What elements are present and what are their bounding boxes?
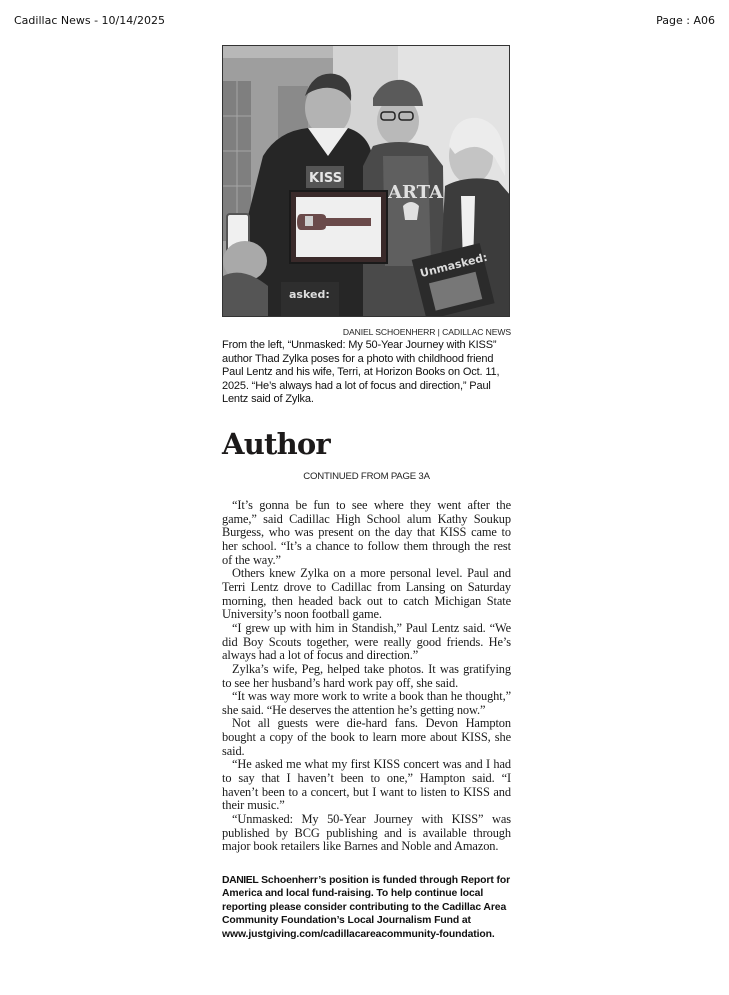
- photo-credit: DANIEL SCHOENHERR | CADILLAC NEWS: [222, 327, 511, 338]
- article-paragraph: “Unmasked: My 50-Year Journey with KISS”…: [222, 813, 511, 854]
- reporter-name-lead: DANIEL: [222, 875, 258, 886]
- page-number: Page : A06: [656, 14, 715, 27]
- article-headline: Author: [222, 427, 511, 461]
- svg-text:ARTA: ARTA: [387, 182, 444, 203]
- article-paragraph: Zylka’s wife, Peg, helped take photos. I…: [222, 663, 511, 690]
- page-header: Cadillac News - 10/14/2025 Page : A06: [0, 14, 729, 30]
- article-photo: KISS ARTA Unmasked:: [222, 45, 510, 317]
- svg-text:asked:: asked:: [289, 288, 330, 301]
- article-paragraph: “He asked me what my first KISS concert …: [222, 758, 511, 813]
- article-paragraph: “I grew up with him in Standish,” Paul L…: [222, 622, 511, 663]
- svg-text:KISS: KISS: [309, 171, 342, 186]
- article-paragraph: “It’s gonna be fun to see where they wen…: [222, 499, 511, 567]
- photo-illustration: KISS ARTA Unmasked:: [223, 46, 510, 317]
- funding-note-text: Schoenherr’s position is funded through …: [222, 875, 510, 940]
- article-paragraph: Not all guests were die-hard fans. Devon…: [222, 717, 511, 758]
- photo-caption: From the left, “Unmasked: My 50-Year Jou…: [222, 339, 511, 407]
- article-paragraph: “It was way more work to write a book th…: [222, 690, 511, 717]
- article-body: “It’s gonna be fun to see where they wen…: [222, 499, 511, 854]
- article-column: KISS ARTA Unmasked:: [222, 45, 511, 941]
- continued-from-label: CONTINUED FROM PAGE 3A: [222, 471, 511, 483]
- reporter-funding-note: DANIEL Schoenherr’s position is funded t…: [222, 874, 511, 941]
- article-paragraph: Others knew Zylka on a more personal lev…: [222, 567, 511, 622]
- publication-date: Cadillac News - 10/14/2025: [14, 14, 165, 27]
